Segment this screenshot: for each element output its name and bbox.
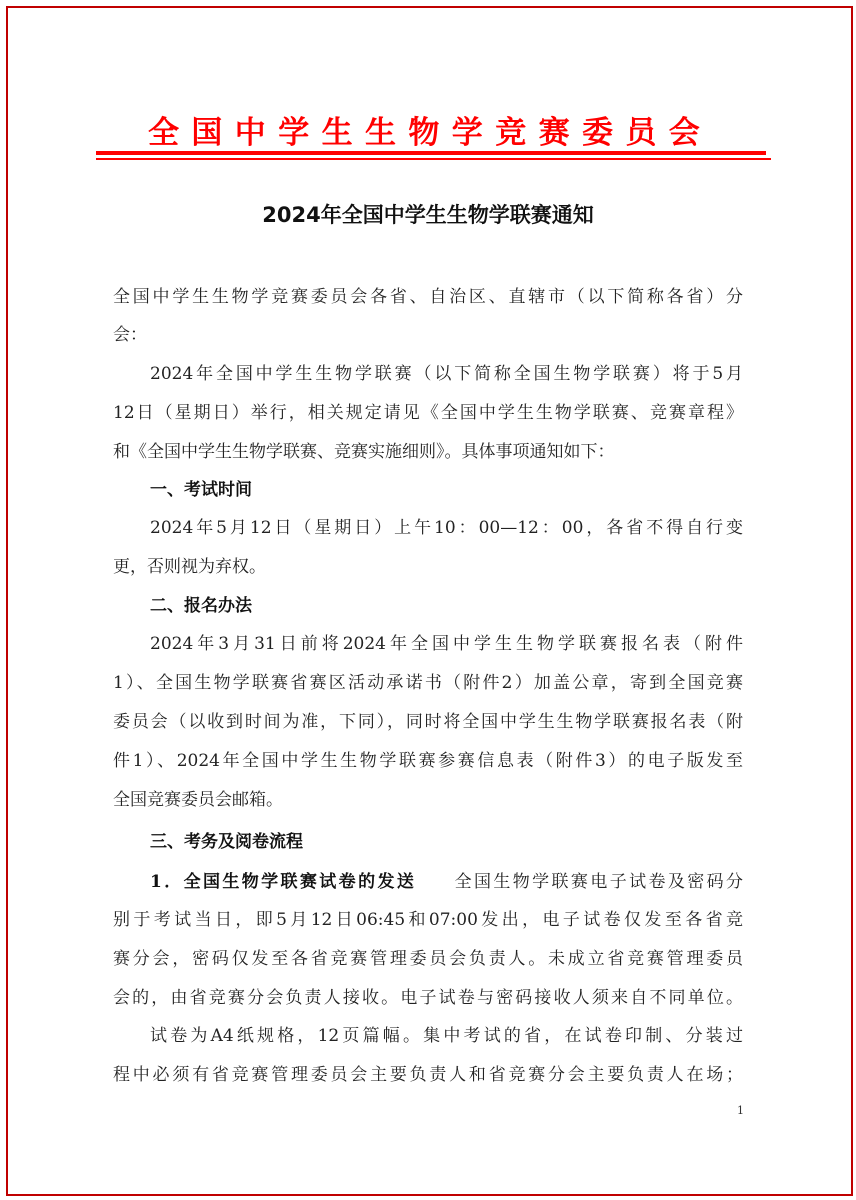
organization-name: 全国中学生生物学竞赛委员会 (148, 112, 718, 154)
intro-line: 2024年全国中学生生物学联赛（以下简称全国生物学联赛）将于5月 (150, 362, 743, 386)
section-heading-registration: 二、报名办法 (150, 594, 252, 618)
page-number: 1 (737, 1104, 744, 1117)
document-title: 2024年全国中学生生物学联赛通知 (0, 200, 856, 230)
letterhead-thin-rule (96, 158, 771, 160)
salutation-line: 全国中学生生物学竞赛委员会各省、自治区、直辖市（以下简称各省）分 (113, 285, 743, 309)
item-1-text: 全国生物学联赛电子试卷及密码分 (452, 872, 743, 892)
body-line: 件1）、2024年全国中学生生物学联赛参赛信息表（附件3）的电子版发至 (113, 749, 743, 773)
page-border (6, 6, 853, 1196)
intro-line: 和《全国中学生生物学联赛、竞赛实施细则》。具体事项通知如下： (113, 440, 743, 464)
body-line: 1）、全国生物学联赛省赛区活动承诺书（附件2）加盖公章，寄到全国竞赛 (113, 671, 743, 695)
item-1-title: 1．全国生物学联赛试卷的发送 (150, 872, 416, 892)
salutation-line: 会： (113, 323, 743, 347)
body-line: 更，否则视为弃权。 (113, 555, 743, 579)
body-line: 别于考试当日，即5月12日06:45和07:00发出，电子试卷仅发至各省竞 (113, 908, 743, 932)
body-line: 会的，由省竞赛分会负责人接收。电子试卷与密码接收人须来自不同单位。 (113, 986, 743, 1010)
body-line: 赛分会，密码仅发至各省竞赛管理委员会负责人。未成立省竞赛管理委员 (113, 947, 743, 971)
body-line: 程中必须有省竞赛管理委员会主要负责人和省竞赛分会主要负责人在场； (113, 1063, 743, 1087)
letterhead: 全国中学生生物学竞赛委员会 (96, 112, 768, 162)
body-line: 2024年3月31日前将2024年全国中学生生物学联赛报名表（附件 (150, 632, 743, 656)
body-line: 委员会（以收到时间为准，下同），同时将全国中学生生物学联赛报名表（附 (113, 710, 743, 734)
body-line: 试卷为A4纸规格，12页篇幅。集中考试的省，在试卷印制、分装过 (150, 1024, 743, 1048)
intro-line: 12日（星期日）举行，相关规定请见《全国中学生生物学联赛、竞赛章程》 (113, 401, 743, 425)
section-heading-exam-time: 一、考试时间 (150, 478, 252, 502)
body-line: 2024年5月12日（星期日）上午10：00—12：00，各省不得自行变 (150, 516, 743, 540)
section-heading-exam-process: 三、考务及阅卷流程 (150, 830, 303, 854)
letterhead-thick-rule (96, 151, 766, 155)
body-line: 全国竞赛委员会邮箱。 (113, 788, 743, 812)
item-1-first-line: 1．全国生物学联赛试卷的发送全国生物学联赛电子试卷及密码分 (150, 870, 743, 894)
